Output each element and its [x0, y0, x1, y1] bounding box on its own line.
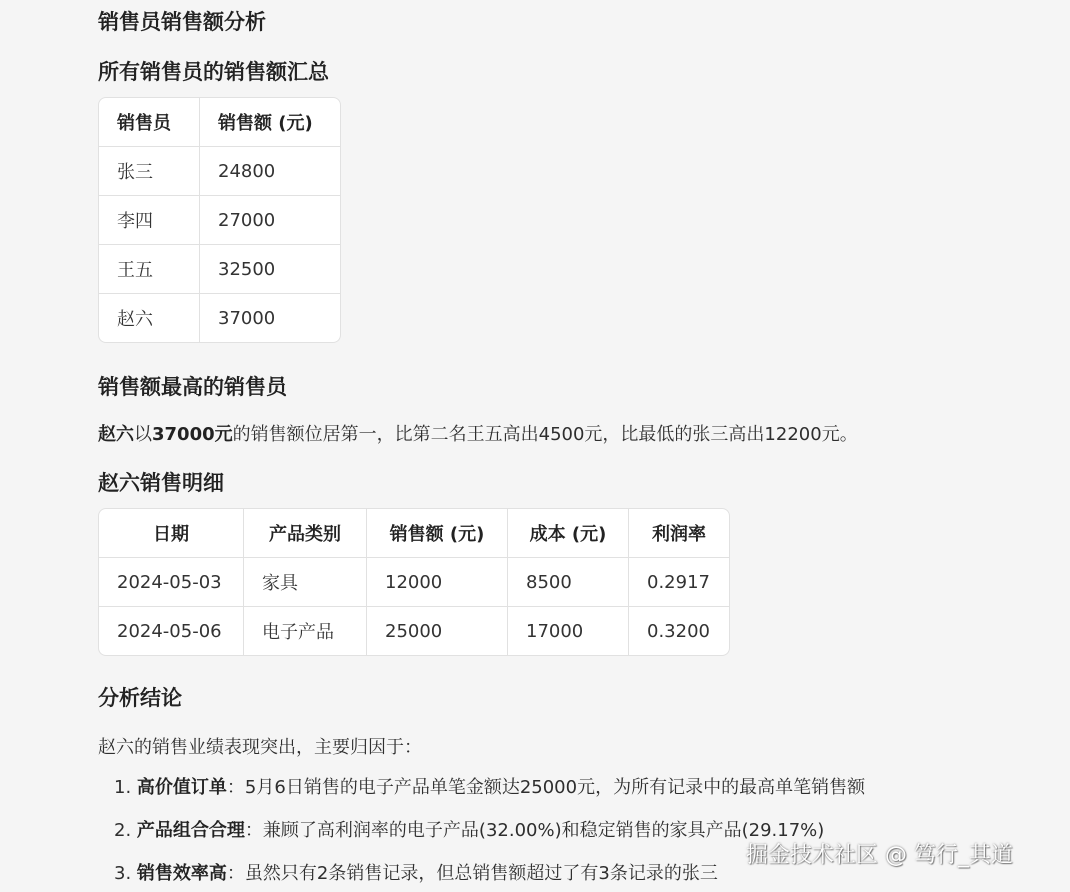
list-item-text: ：兼顾了高利润率的电子产品(32.00%)和稳定销售的家具产品(29.17%) [245, 820, 824, 841]
top-seller-name: 赵六 [98, 424, 134, 445]
top-seller-paragraph: 赵六以37000元的销售额位居第一，比第二名王五高出4500元，比最低的张三高出… [98, 420, 858, 446]
list-item-label: 销售效率高 [137, 863, 227, 884]
list-item-label: 高价值订单 [137, 777, 227, 798]
cell-salesperson: 赵六 [99, 294, 200, 342]
header-salesperson: 销售员 [99, 98, 200, 147]
list-item: 1. 高价值订单：5月6日销售的电子产品单笔金额达25000元，为所有记录中的最… [114, 773, 865, 799]
cell-date: 2024-05-06 [99, 607, 244, 655]
cell-amount: 32500 [200, 245, 340, 294]
list-item-label: 产品组合合理 [137, 820, 245, 841]
table-row: 赵六 37000 [99, 294, 340, 342]
page-title: 销售员销售额分析 [98, 6, 266, 36]
list-item-text: ：5月6日销售的电子产品单笔金额达25000元，为所有记录中的最高单笔销售额 [227, 777, 865, 798]
list-number: 3. [114, 863, 131, 884]
summary-heading: 所有销售员的销售额汇总 [98, 56, 329, 86]
cell-amount: 27000 [200, 196, 340, 245]
cell-category: 家具 [244, 558, 367, 607]
cell-salesperson: 李四 [99, 196, 200, 245]
cell-sales: 12000 [367, 558, 508, 607]
list-number: 2. [114, 820, 131, 841]
watermark: 掘金技术社区 @ 笃行_其道 [746, 838, 1013, 869]
header-category: 产品类别 [244, 509, 367, 558]
detail-table: 日期 产品类别 销售额 (元) 成本 (元) 利润率 2024-05-03 家具… [98, 508, 730, 656]
cell-category: 电子产品 [244, 607, 367, 655]
header-sales: 销售额 (元) [367, 509, 508, 558]
sales-summary-table-wrap: 销售员 销售额 (元) 张三 24800 李四 27000 王五 32500 [98, 97, 341, 343]
cell-amount: 24800 [200, 147, 340, 196]
table-row: 2024-05-06 电子产品 25000 17000 0.3200 [99, 607, 729, 655]
top-seller-amount: 37000元 [152, 424, 233, 445]
top-seller-heading: 销售额最高的销售员 [98, 371, 287, 401]
table-row: 张三 24800 [99, 147, 340, 196]
header-date: 日期 [99, 509, 244, 558]
cell-cost: 17000 [508, 607, 629, 655]
conclusion-heading: 分析结论 [98, 682, 182, 712]
conclusion-intro: 赵六的销售业绩表现突出，主要归因于： [98, 733, 422, 759]
table-row: 2024-05-03 家具 12000 8500 0.2917 [99, 558, 729, 607]
cell-date: 2024-05-03 [99, 558, 244, 607]
table-row: 李四 27000 [99, 196, 340, 245]
header-sales-amount: 销售额 (元) [200, 98, 340, 147]
detail-table-wrap: 日期 产品类别 销售额 (元) 成本 (元) 利润率 2024-05-03 家具… [98, 508, 730, 656]
detail-heading: 赵六销售明细 [98, 467, 224, 497]
cell-salesperson: 张三 [99, 147, 200, 196]
list-item: 2. 产品组合合理：兼顾了高利润率的电子产品(32.00%)和稳定销售的家具产品… [114, 816, 824, 842]
cell-amount: 37000 [200, 294, 340, 342]
list-number: 1. [114, 777, 131, 798]
table-header-row: 销售员 销售额 (元) [99, 98, 340, 147]
header-cost: 成本 (元) [508, 509, 629, 558]
sales-summary-table: 销售员 销售额 (元) 张三 24800 李四 27000 王五 32500 [98, 97, 341, 343]
table-header-row: 日期 产品类别 销售额 (元) 成本 (元) 利润率 [99, 509, 729, 558]
cell-sales: 25000 [367, 607, 508, 655]
list-item: 3. 销售效率高：虽然只有2条销售记录，但总销售额超过了有3条记录的张三 [114, 859, 718, 885]
cell-margin: 0.3200 [629, 607, 729, 655]
header-margin: 利润率 [629, 509, 729, 558]
list-item-text: ：虽然只有2条销售记录，但总销售额超过了有3条记录的张三 [227, 863, 718, 884]
text-segment: 以 [134, 424, 152, 445]
cell-cost: 8500 [508, 558, 629, 607]
text-segment: 的销售额位居第一，比第二名王五高出4500元，比最低的张三高出12200元。 [233, 424, 858, 445]
table-row: 王五 32500 [99, 245, 340, 294]
cell-salesperson: 王五 [99, 245, 200, 294]
cell-margin: 0.2917 [629, 558, 729, 607]
